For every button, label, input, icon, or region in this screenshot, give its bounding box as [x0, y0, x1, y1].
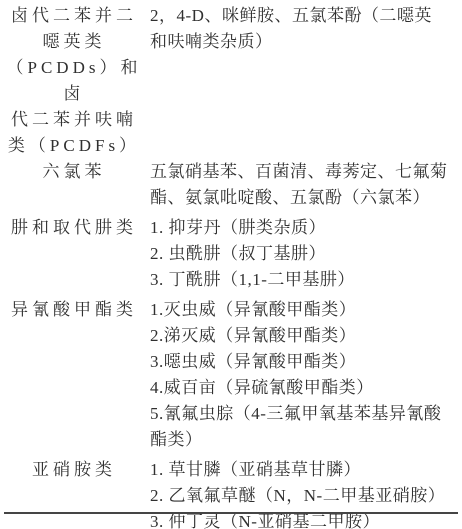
- table-row: 亚硝胺类 1. 草甘膦（亚硝基草甘膦） 2. 乙氧氟草醚（N，N-二甲基亚硝胺）…: [0, 457, 462, 529]
- items-cell-methyl-isocyanates: 1.灭虫威（异氰酸甲酯类） 2.涕灭威（异氰酸甲酯类） 3.噁虫威（异氰酸甲酯类…: [150, 297, 462, 453]
- chemical-classes-table: 卤代二苯并二 噁英类 （PCDDs）和卤 代二苯并呋喃 类（PCDFs） 2，4…: [0, 3, 462, 529]
- category-cell-methyl-isocyanates: 异氰酸甲酯类: [0, 297, 145, 323]
- category-cell-nitrosamines: 亚硝胺类: [0, 457, 145, 483]
- category-cell-pcdds-pcdfs: 卤代二苯并二 噁英类 （PCDDs）和卤 代二苯并呋喃 类（PCDFs）: [0, 3, 145, 159]
- items-cell-hydrazines: 1. 抑芽丹（肼类杂质） 2. 虫酰肼（叔丁基肼） 3. 丁酰肼（1,1-二甲基…: [150, 215, 462, 293]
- table-row: 六氯苯 五氯硝基苯、百菌清、毒莠定、七氟菊 酯、氨氯吡啶酸、五氯酚（六氯苯）: [0, 159, 462, 211]
- table-bottom-rule: [4, 512, 458, 514]
- document-page: 卤代二苯并二 噁英类 （PCDDs）和卤 代二苯并呋喃 类（PCDFs） 2，4…: [0, 0, 462, 529]
- table-row: 肼和取代肼类 1. 抑芽丹（肼类杂质） 2. 虫酰肼（叔丁基肼） 3. 丁酰肼（…: [0, 215, 462, 293]
- category-cell-hydrazines: 肼和取代肼类: [0, 215, 145, 241]
- items-cell-pcdds-pcdfs: 2，4-D、咪鲜胺、五氯苯酚（二噁英 和呋喃类杂质）: [150, 3, 462, 55]
- items-cell-nitrosamines: 1. 草甘膦（亚硝基草甘膦） 2. 乙氧氟草醚（N，N-二甲基亚硝胺） 3. 仲…: [150, 457, 462, 529]
- table-row: 卤代二苯并二 噁英类 （PCDDs）和卤 代二苯并呋喃 类（PCDFs） 2，4…: [0, 3, 462, 159]
- table-row: 异氰酸甲酯类 1.灭虫威（异氰酸甲酯类） 2.涕灭威（异氰酸甲酯类） 3.噁虫威…: [0, 297, 462, 453]
- category-cell-hexachlorobenzene: 六氯苯: [0, 159, 145, 185]
- items-cell-hexachlorobenzene: 五氯硝基苯、百菌清、毒莠定、七氟菊 酯、氨氯吡啶酸、五氯酚（六氯苯）: [150, 159, 462, 211]
